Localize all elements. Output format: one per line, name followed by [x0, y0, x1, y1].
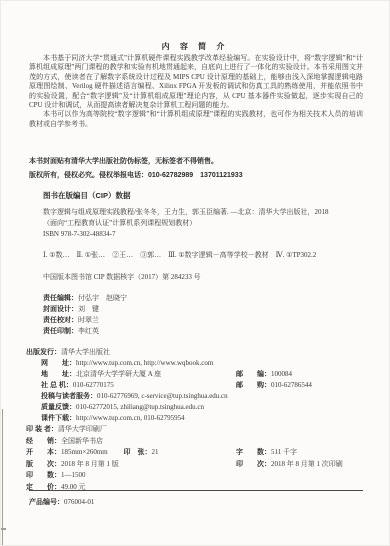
- switchboard-row: 社 总 机：010-62770175 邮 购：010-62786544: [26, 380, 375, 391]
- warning-section: 本书封面贴有清华大学出版社防伪标签，无标签者不得销售。 版权所有，侵权必究。侵权…: [29, 155, 363, 182]
- editor-credit: 责任编辑：付弘宇 赵晓宁: [43, 293, 127, 304]
- cip-body: 数字逻辑与组成原理实践教程/张冬冬，王力生，郭玉臣编著. —北京：清华大学出版社…: [43, 207, 371, 240]
- footer-divider: [29, 490, 363, 491]
- print-supervisor-credit: 责任印制：李红英: [43, 326, 127, 337]
- cip-title-line: 数字逻辑与组成原理实践教程/张冬冬，王力生，郭玉臣编著. —北京：清华大学出版社…: [43, 207, 371, 218]
- word-count-cell: 字 数：511 千字: [236, 447, 297, 459]
- format-row: 开 本：185mm×260mm 印 张：21 字 数：511 千字: [26, 447, 375, 459]
- edition-row: 版 次：2018 年 8 月第 1 版 印 次：2018 年 8 月第 1 次印…: [26, 459, 375, 471]
- impression-cell: 印 次：2018 年 8 月第 1 次印刷: [236, 459, 343, 471]
- product-code-row: 产品编号：076004-01: [29, 497, 94, 507]
- copyright-report-line: 版权所有，侵权必究。侵权举报电话：010-62782989 1370112193…: [29, 169, 363, 183]
- reader-service-row: 投稿与读者服务：010-62776969, c-service@tup.tsin…: [26, 391, 375, 402]
- postcode-cell: 邮 编：100084: [236, 369, 292, 380]
- mail-order-cell: 邮 购：010-62786544: [236, 380, 312, 391]
- print-run-row: 印 数：1—1500: [26, 470, 375, 482]
- isbn-line: ISBN 978-7-302-48834-7: [43, 229, 371, 240]
- quality-feedback-row: 质量反馈：010-62772015, zhiliang@tup.tsinghua…: [26, 402, 375, 413]
- cip-header: 图书在版编目（CIP）数据: [43, 190, 131, 201]
- printer-row: 印 装 者：清华大学印刷厂: [26, 424, 375, 436]
- price-row: 定 价：49.00 元: [26, 482, 375, 494]
- intro-title: 内 容 简 介: [1, 41, 389, 52]
- copyright-page: 内 容 简 介 本书基于同济大学“贯通式”计算机硬件课程实践教学改革经验编写。在…: [0, 0, 390, 546]
- publisher-row: 出版发行：清华大学出版社: [26, 347, 375, 358]
- cip-classification-line: Ⅰ. ①数… Ⅱ. ①张… ②王… ③郭… Ⅲ. ①数字逻辑－高等学校－教材 Ⅳ…: [43, 250, 371, 260]
- website-row: 网 址：http://www.tup.com.cn, http://www.wq…: [26, 358, 375, 369]
- address-row: 地 址：北京清华大学学研大厦 A 座 邮 编：100084: [26, 369, 375, 380]
- proofreader-credit: 责任校对：时翠兰: [43, 315, 127, 326]
- scan-edge-artifact: [2, 409, 3, 546]
- cip-series-line: （面向“工程教育认证”计算机系列课程规划教材）: [43, 218, 371, 229]
- cover-design-credit: 封面设计：刘 键: [43, 304, 127, 315]
- intro-paragraph-2: 本书可以作为高等院校“数字逻辑”和“计算机组成原理”课程的实践教材，也可作为相关…: [29, 110, 363, 129]
- cip-record-line: 中国版本图书馆 CIP 数据核字（2017）第 284233 号: [43, 272, 201, 282]
- anti-piracy-notice: 本书封面贴有清华大学出版社防伪标签，无标签者不得销售。: [29, 155, 363, 169]
- production-section: 印 装 者：清华大学印刷厂 经 销：全国新华书店 开 本：185mm×260mm…: [26, 424, 375, 494]
- courseware-download-row: 课件下载：http://www.tup.com.cn, 010-62795954: [26, 413, 375, 424]
- product-code: 076004-01: [64, 498, 94, 506]
- scan-edge-tick: [1, 528, 6, 530]
- credits-section: 责任编辑：付弘宇 赵晓宁 封面设计：刘 键 责任校对：时翠兰 责任印制：李红英: [43, 293, 127, 337]
- distributor-row: 经 销：全国新华书店: [26, 436, 375, 448]
- intro-paragraph-1: 本书基于同济大学“贯通式”计算机硬件课程实践教学改革经验编写。在实验设计中，将“…: [29, 54, 363, 110]
- intro-section: 本书基于同济大学“贯通式”计算机硬件课程实践教学改革经验编写。在实验设计中，将“…: [29, 54, 363, 129]
- publisher-section: 出版发行：清华大学出版社 网 址：http://www.tup.com.cn, …: [26, 347, 375, 424]
